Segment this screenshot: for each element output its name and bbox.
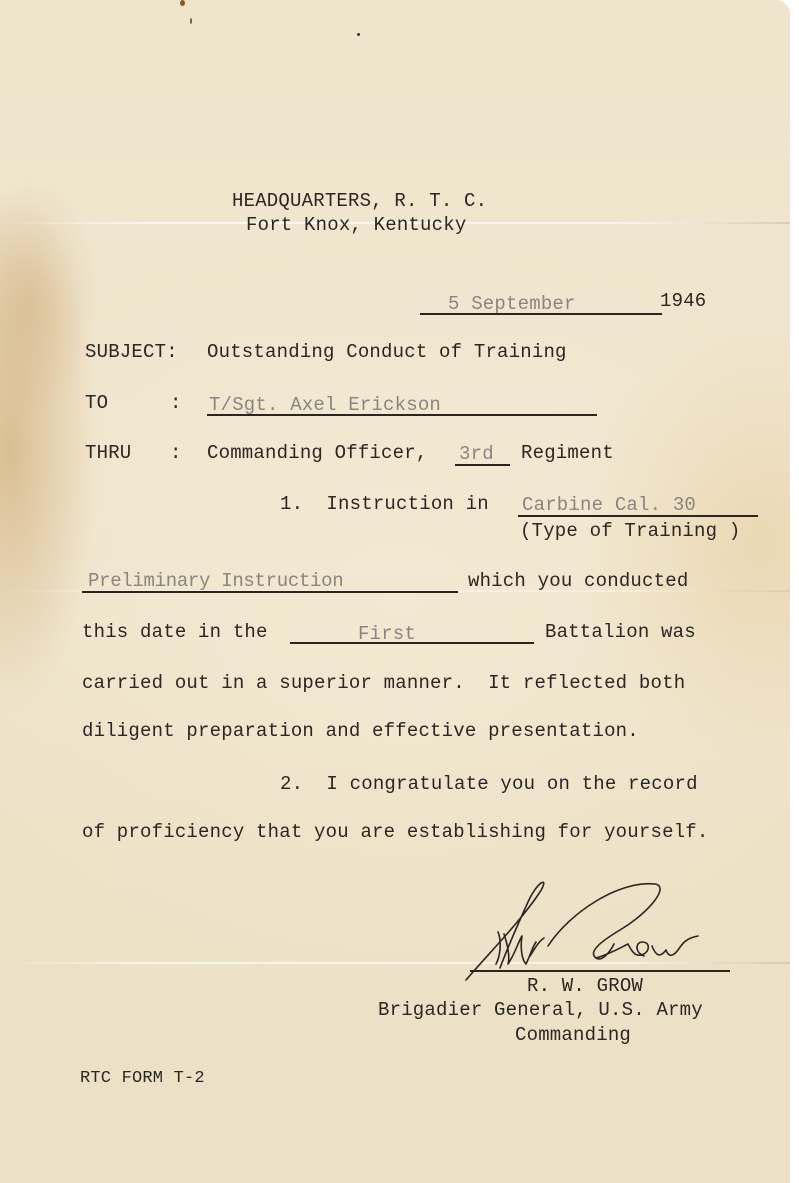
para1-lead: 1. Instruction in — [280, 493, 489, 515]
training-type-underline — [518, 515, 758, 517]
para2-line2: of proficiency that you are establishing… — [82, 821, 709, 843]
letterhead-line2: Fort Knox, Kentucky — [246, 214, 466, 236]
para1-line3-prefix: this date in the — [82, 621, 268, 643]
subject-value: Outstanding Conduct of Training — [207, 341, 567, 363]
training-type-caption: (Type of Training ) — [520, 520, 740, 542]
battalion-underline — [290, 642, 534, 644]
thru-colon: : — [170, 442, 182, 464]
to-underline — [207, 414, 597, 416]
training-type-value: Carbine Cal. 30 — [522, 494, 696, 516]
thru-suffix: Regiment — [521, 442, 614, 464]
handwritten-signature — [460, 872, 730, 982]
thru-label: THRU — [85, 442, 131, 464]
to-colon: : — [170, 392, 182, 414]
to-recipient: T/Sgt. Axel Erickson — [209, 394, 441, 416]
form-identifier: RTC FORM T-2 — [80, 1069, 205, 1088]
signatory-role: Commanding — [515, 1024, 631, 1046]
letterhead-line1: HEADQUARTERS, R. T. C. — [232, 190, 487, 212]
signatory-title: Brigadier General, U.S. Army — [378, 999, 703, 1021]
stain-spot — [357, 33, 360, 36]
regiment-underline — [455, 464, 510, 466]
thru-regiment-number: 3rd — [459, 443, 494, 465]
para1-line5: diligent preparation and effective prese… — [82, 720, 639, 742]
date-day-month: 5 September — [448, 293, 576, 315]
para1-line2-suffix: which you conducted — [468, 570, 688, 592]
subject-label: SUBJECT: — [85, 341, 178, 363]
para1-line4: carried out in a superior manner. It ref… — [82, 672, 685, 694]
date-underline — [420, 313, 662, 315]
stain-spot — [180, 0, 185, 6]
thru-prefix: Commanding Officer, — [207, 442, 427, 464]
stain-spot — [190, 18, 192, 24]
to-label: TO — [85, 392, 108, 414]
para1-line3-suffix: Battalion was — [545, 621, 696, 643]
date-year: 1946 — [660, 290, 706, 312]
training-phase-value: Preliminary Instruction — [88, 570, 343, 592]
signatory-name: R. W. GROW — [527, 975, 643, 997]
training-phase-underline — [82, 591, 458, 593]
para2-line1: 2. I congratulate you on the record — [280, 773, 698, 795]
